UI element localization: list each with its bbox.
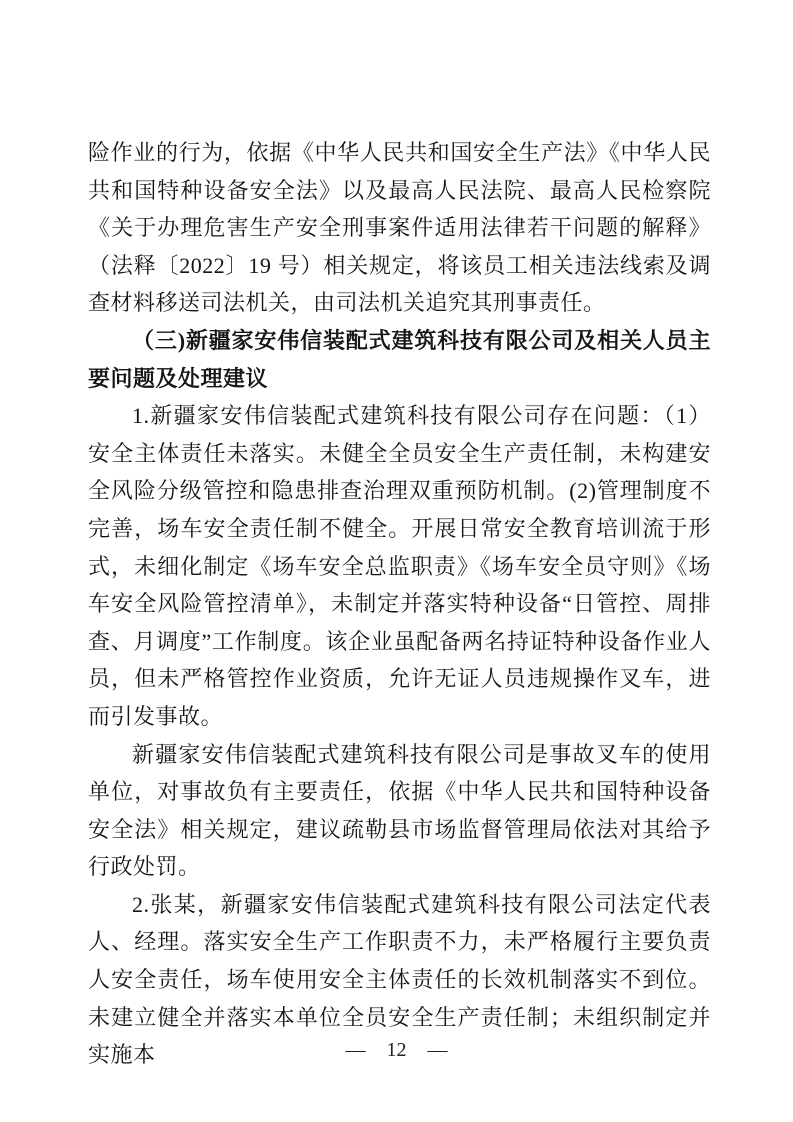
document-body: 险作业的行为，依据《中华人民共和国安全生产法》《中华人民共和国特种设备安全法》以… bbox=[88, 134, 711, 1074]
footer-right-dash: — bbox=[428, 1036, 448, 1064]
document-page: 险作业的行为，依据《中华人民共和国安全生产法》《中华人民共和国特种设备安全法》以… bbox=[0, 0, 793, 1122]
body-paragraph: 1.新疆家安伟信装配式建筑科技有限公司存在问题：（1）安全主体责任未落实。未健全… bbox=[88, 397, 711, 735]
footer-left-dash: — bbox=[346, 1036, 366, 1064]
body-paragraph: 险作业的行为，依据《中华人民共和国安全生产法》《中华人民共和国特种设备安全法》以… bbox=[88, 134, 711, 322]
page-number: 12 bbox=[387, 1036, 407, 1064]
page-footer: — 12 — bbox=[0, 1036, 793, 1064]
body-paragraph: 新疆家安伟信装配式建筑科技有限公司是事故叉车的使用单位，对事故负有主要责任，依据… bbox=[88, 736, 711, 886]
section-heading: （三)新疆家安伟信装配式建筑科技有限公司及相关人员主要问题及处理建议 bbox=[88, 322, 711, 397]
